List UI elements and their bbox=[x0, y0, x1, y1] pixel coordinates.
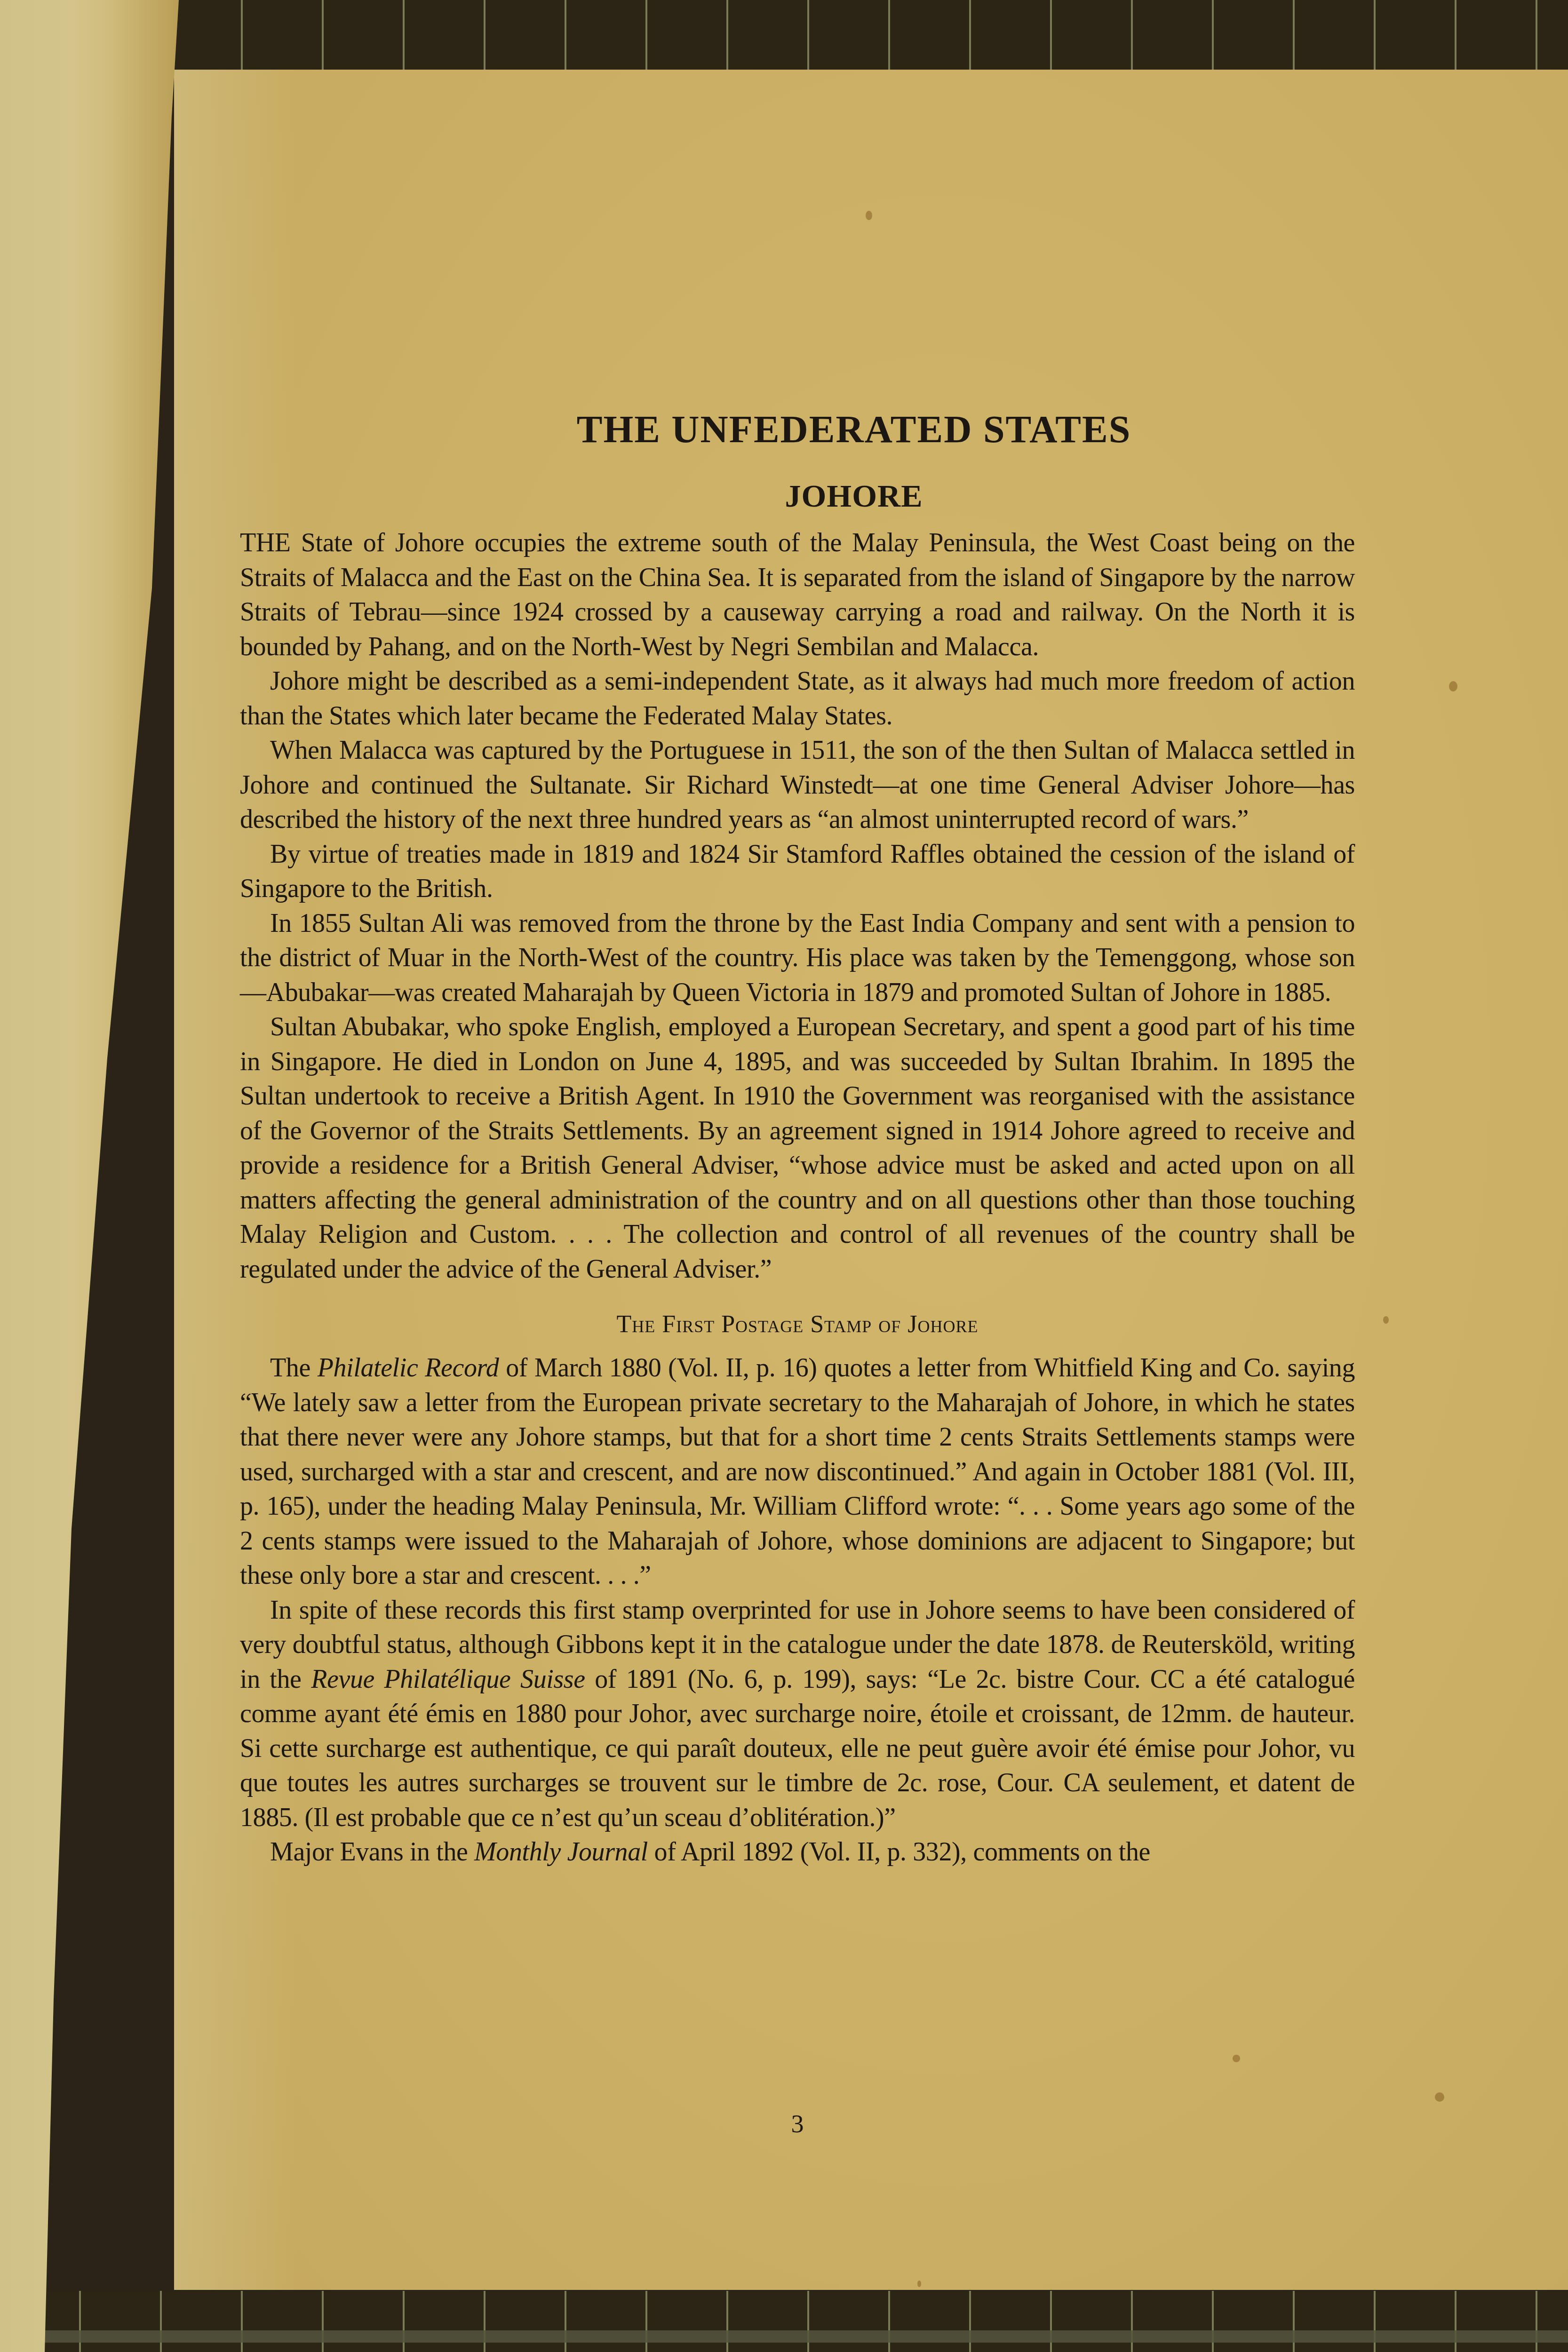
paragraph: By virtue of treaties made in 1819 and 1… bbox=[240, 837, 1355, 906]
paper-speck bbox=[1383, 1316, 1389, 1324]
paragraph: In spite of these records this first sta… bbox=[240, 1593, 1355, 1836]
paragraph: The Philatelic Record of March 1880 (Vol… bbox=[240, 1351, 1355, 1593]
page-title: THE UNFEDERATED STATES bbox=[296, 410, 1411, 449]
paper-speck bbox=[1233, 2055, 1240, 2062]
book-page: THE UNFEDERATED STATES JOHORE THE State … bbox=[174, 70, 1568, 2290]
paper-speck bbox=[866, 211, 872, 220]
dark-backing-top bbox=[0, 0, 1568, 75]
paragraph-lead: The bbox=[270, 1353, 318, 1383]
paragraph: Johore might be described as a semi-inde… bbox=[240, 664, 1355, 733]
publication-title: Revue Philatélique Suisse bbox=[311, 1665, 585, 1694]
body-text: THE State of Johore occupies the extreme… bbox=[240, 526, 1355, 1870]
paragraph-text: of April 1892 (Vol. II, p. 332), comment… bbox=[648, 1837, 1150, 1867]
paper-speck bbox=[1449, 681, 1457, 691]
paper-speck bbox=[1435, 2092, 1444, 2102]
paragraph: In 1855 Sultan Ali was removed from the … bbox=[240, 906, 1355, 1010]
paragraph-lead: Major Evans in the bbox=[270, 1837, 474, 1867]
publication-title: Monthly Journal bbox=[474, 1837, 648, 1867]
page-content: THE UNFEDERATED STATES JOHORE THE State … bbox=[240, 333, 1355, 404]
paragraph: Sultan Abubakar, who spoke English, empl… bbox=[240, 1010, 1355, 1287]
paragraph-text: of March 1880 (Vol. II, p. 16) quotes a … bbox=[240, 1353, 1355, 1590]
section-heading: The First Postage Stamp of Johore bbox=[240, 1307, 1355, 1342]
paragraph: When Malacca was captured by the Portugu… bbox=[240, 733, 1355, 837]
paragraph: THE State of Johore occupies the extreme… bbox=[240, 526, 1355, 664]
paper-speck bbox=[917, 2280, 921, 2287]
previous-page-edge bbox=[0, 0, 179, 2352]
page-subtitle: JOHORE bbox=[296, 480, 1411, 512]
page-number: 3 bbox=[240, 2111, 1355, 2137]
publication-title: Philatelic Record bbox=[318, 1353, 499, 1383]
paragraph: Major Evans in the Monthly Journal of Ap… bbox=[240, 1835, 1355, 1870]
dark-backing-bottom bbox=[0, 2291, 1568, 2352]
